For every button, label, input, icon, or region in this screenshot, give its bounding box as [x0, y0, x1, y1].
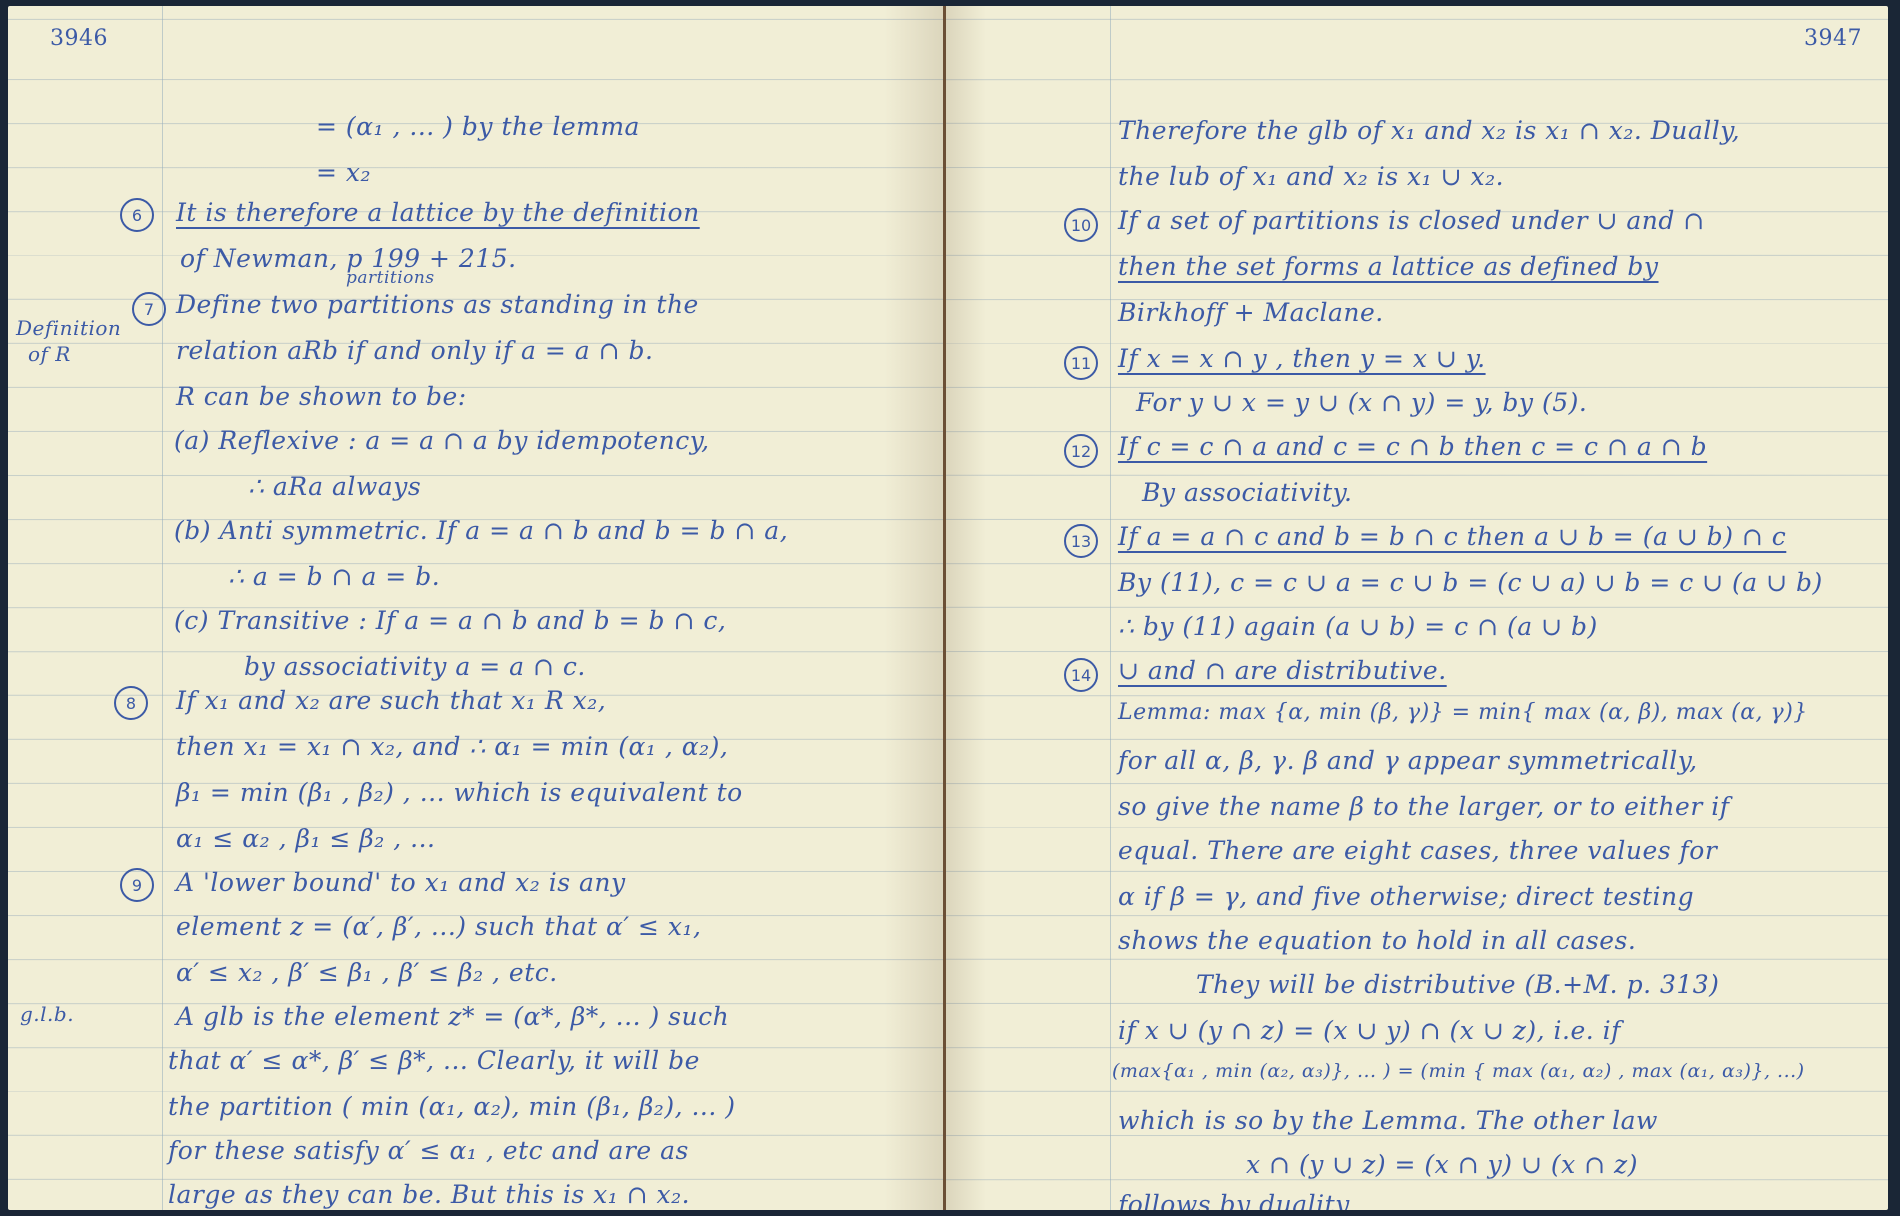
text-line: then x₁ = x₁ ∩ x₂, and ∴ α₁ = min (α₁ , … — [176, 732, 728, 761]
text-line: shows the equation to hold in all cases. — [1118, 926, 1636, 955]
text-line: equal. There are eight cases, three valu… — [1118, 836, 1717, 865]
text-line: relation aRb if and only if a = a ∩ b. — [176, 336, 653, 365]
text-line: (max{α₁ , min (α₂, α₃)}, ... ) = (min { … — [1112, 1060, 1805, 1082]
text-line: It is therefore a lattice by the definit… — [176, 198, 700, 227]
text-line: ∴ aRa always — [248, 472, 421, 501]
text-line: the lub of x₁ and x₂ is x₁ ∪ x₂. — [1118, 162, 1504, 191]
text-line: If x = x ∩ y , then y = x ∪ y. — [1118, 344, 1486, 373]
text-line: that α′ ≤ α*, β′ ≤ β*, ... Clearly, it w… — [168, 1046, 700, 1075]
lemma-line: Lemma: max {α, min (β, γ)} = min{ max (α… — [1118, 700, 1808, 725]
item-number-11: 11 — [1064, 346, 1098, 380]
text-line: ∪ and ∩ are distributive. — [1118, 656, 1447, 685]
margin-rule — [162, 6, 163, 1210]
text-line: If a = a ∩ c and b = b ∩ c then a ∪ b = … — [1118, 522, 1786, 551]
text-line: If x₁ and x₂ are such that x₁ R x₂, — [176, 686, 606, 715]
item-number-7: 7 — [132, 292, 166, 326]
margin-rule — [1110, 6, 1111, 1210]
right-page: 3947 Therefore the glb of x₁ and x₂ is x… — [946, 6, 1888, 1210]
left-page: 3946 = (α₁ , ... ) by the lemma = x₂ 6 I… — [8, 6, 944, 1210]
text-line: α if β = γ, and five otherwise; direct t… — [1118, 882, 1694, 911]
text-line: by associativity a = a ∩ c. — [244, 652, 586, 681]
text-line: = x₂ — [316, 158, 371, 187]
text-line: so give the name β to the larger, or to … — [1118, 792, 1730, 821]
item-number-9: 9 — [120, 868, 154, 902]
item-number-10: 10 — [1064, 208, 1098, 242]
item-number-8: 8 — [114, 686, 148, 720]
text-line: follows by duality. — [1118, 1190, 1355, 1210]
text-line: which is so by the Lemma. The other law — [1118, 1106, 1658, 1135]
text-line: (c) Transitive : If a = a ∩ b and b = b … — [174, 606, 726, 635]
text-line: By (11), c = c ∪ a = c ∪ b = (c ∪ a) ∪ b… — [1118, 568, 1823, 597]
text-line: then the set forms a lattice as defined … — [1118, 252, 1659, 281]
margin-note-glb: g.l.b. — [20, 1002, 74, 1026]
text-line: = (α₁ , ... ) by the lemma — [316, 112, 640, 141]
text-line: They will be distributive (B.+M. p. 313) — [1196, 970, 1719, 999]
underlined-claim: If a = a ∩ c and b = b ∩ c then a ∪ b = … — [1118, 522, 1786, 551]
text-line: α′ ≤ x₂ , β′ ≤ β₁ , β′ ≤ β₂ , etc. — [176, 958, 558, 987]
item-number-12: 12 — [1064, 434, 1098, 468]
page-number: 3946 — [50, 26, 108, 51]
margin-note-definition: Definition — [16, 316, 121, 340]
text-line: If c = c ∩ a and c = c ∩ b then c = c ∩ … — [1118, 432, 1707, 461]
text-line: if x ∪ (y ∩ z) = (x ∪ y) ∩ (x ∪ z), i.e.… — [1118, 1016, 1621, 1045]
text-line: (a) Reflexive : a = a ∩ a by idempotency… — [174, 426, 710, 455]
text-line: ∴ by (11) again (a ∪ b) = c ∩ (a ∪ b) — [1118, 612, 1598, 641]
text-line: α₁ ≤ α₂ , β₁ ≤ β₂ , ... — [176, 824, 435, 853]
text-line: x ∩ (y ∪ z) = (x ∩ y) ∪ (x ∩ z) — [1246, 1150, 1638, 1179]
text-line: A glb is the element z* = (α*, β*, ... )… — [176, 1002, 729, 1031]
insertion-text: partitions — [346, 268, 435, 288]
text-line: Define two partitions as standing in the — [176, 290, 699, 319]
text-line: the partition ( min (α₁, α₂), min (β₁, β… — [168, 1092, 736, 1121]
margin-note-of-r: of R — [28, 342, 71, 366]
underlined-claim: It is therefore a lattice by the definit… — [176, 198, 700, 227]
underlined-claim: ∪ and ∩ are distributive. — [1118, 656, 1447, 685]
underlined-claim: If x = x ∩ y , then y = x ∪ y. — [1118, 344, 1486, 373]
underlined-claim: If c = c ∩ a and c = c ∩ b then c = c ∩ … — [1118, 432, 1707, 461]
text-line: β₁ = min (β₁ , β₂) , ... which is equiva… — [176, 778, 743, 807]
item-number-13: 13 — [1064, 524, 1098, 558]
text-line: By associativity. — [1142, 478, 1352, 507]
item-number-14: 14 — [1064, 658, 1098, 692]
text-line: for these satisfy α′ ≤ α₁ , etc and are … — [168, 1136, 689, 1165]
item-number-6: 6 — [120, 198, 154, 232]
text-line: (b) Anti symmetric. If a = a ∩ b and b =… — [174, 516, 788, 545]
text-line: for all α, β, γ. β and γ appear symmetri… — [1118, 746, 1698, 775]
underlined-claim: then the set forms a lattice as defined … — [1118, 252, 1659, 281]
page-number: 3947 — [1804, 26, 1862, 51]
text-line: ∴ a = b ∩ a = b. — [228, 562, 440, 591]
text-line: element z = (α′, β′, ...) such that α′ ≤… — [176, 912, 701, 941]
text-line: large as they can be. But this is x₁ ∩ x… — [168, 1180, 690, 1209]
text-line: A 'lower bound' to x₁ and x₂ is any — [176, 868, 626, 897]
notebook-spread: 3946 = (α₁ , ... ) by the lemma = x₂ 6 I… — [0, 0, 1900, 1216]
text-line: Birkhoff + Maclane. — [1118, 298, 1384, 327]
text-line: R can be shown to be: — [176, 382, 467, 411]
text-line: If a set of partitions is closed under ∪… — [1118, 206, 1705, 235]
text-line: For y ∪ x = y ∪ (x ∩ y) = y, by (5). — [1136, 388, 1587, 417]
text-line: Therefore the glb of x₁ and x₂ is x₁ ∩ x… — [1118, 116, 1740, 145]
